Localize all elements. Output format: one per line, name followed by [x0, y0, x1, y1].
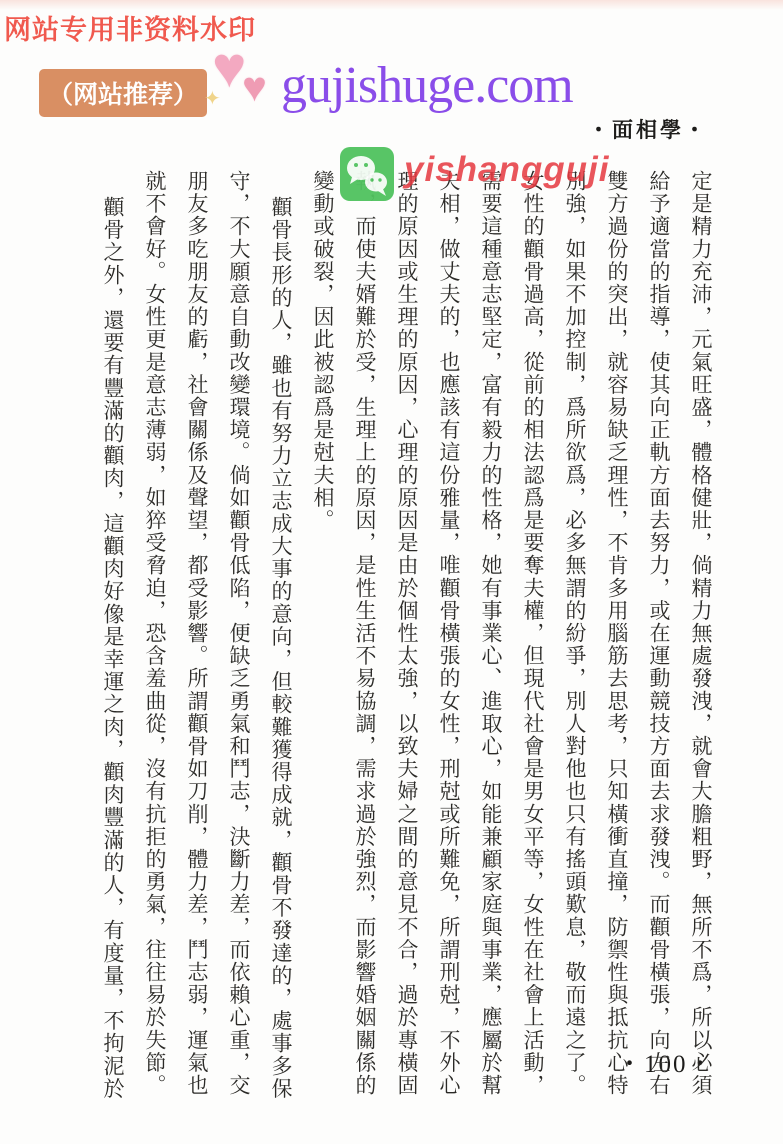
page-header-title: ・面相學・: [588, 114, 708, 144]
paragraph-3: 顴骨之外，還要有豐滿的顴肉，這顴肉好像是幸運之肉，顴肉豐滿的人，有度量，不拘泥於: [92, 170, 134, 1100]
body-text: 定是精力充沛，元氣旺盛，體格健壯，倘精力無處發洩，就會大膽粗野，無所不爲，所以必…: [74, 170, 722, 1100]
hearts-icon: ♥ ♥ ✦: [208, 40, 292, 120]
wechat-icon: [340, 147, 394, 203]
site-recommend-badge: （网站推荐）: [39, 69, 207, 117]
site-url-watermark: gujishuge.com: [281, 56, 573, 115]
wechat-id-watermark: yishangguji: [404, 150, 609, 190]
paragraph-2: 顴骨長形的人，雖也有努力立志成大事的意向，但較難獲得成就，顴骨不發達的，處事多保…: [134, 170, 302, 1100]
heart-icon: ♥: [242, 64, 267, 112]
paragraph-1: 定是精力充沛，元氣旺盛，體格健壯，倘精力無處發洩，就會大膽粗野，無所不爲，所以必…: [302, 170, 722, 1100]
sparkle-icon: ✦: [204, 86, 221, 111]
scanned-book-page: 网站专用非资料水印 （网站推荐） ♥ ♥ ✦ gujishuge.com ・面相…: [0, 0, 783, 1144]
